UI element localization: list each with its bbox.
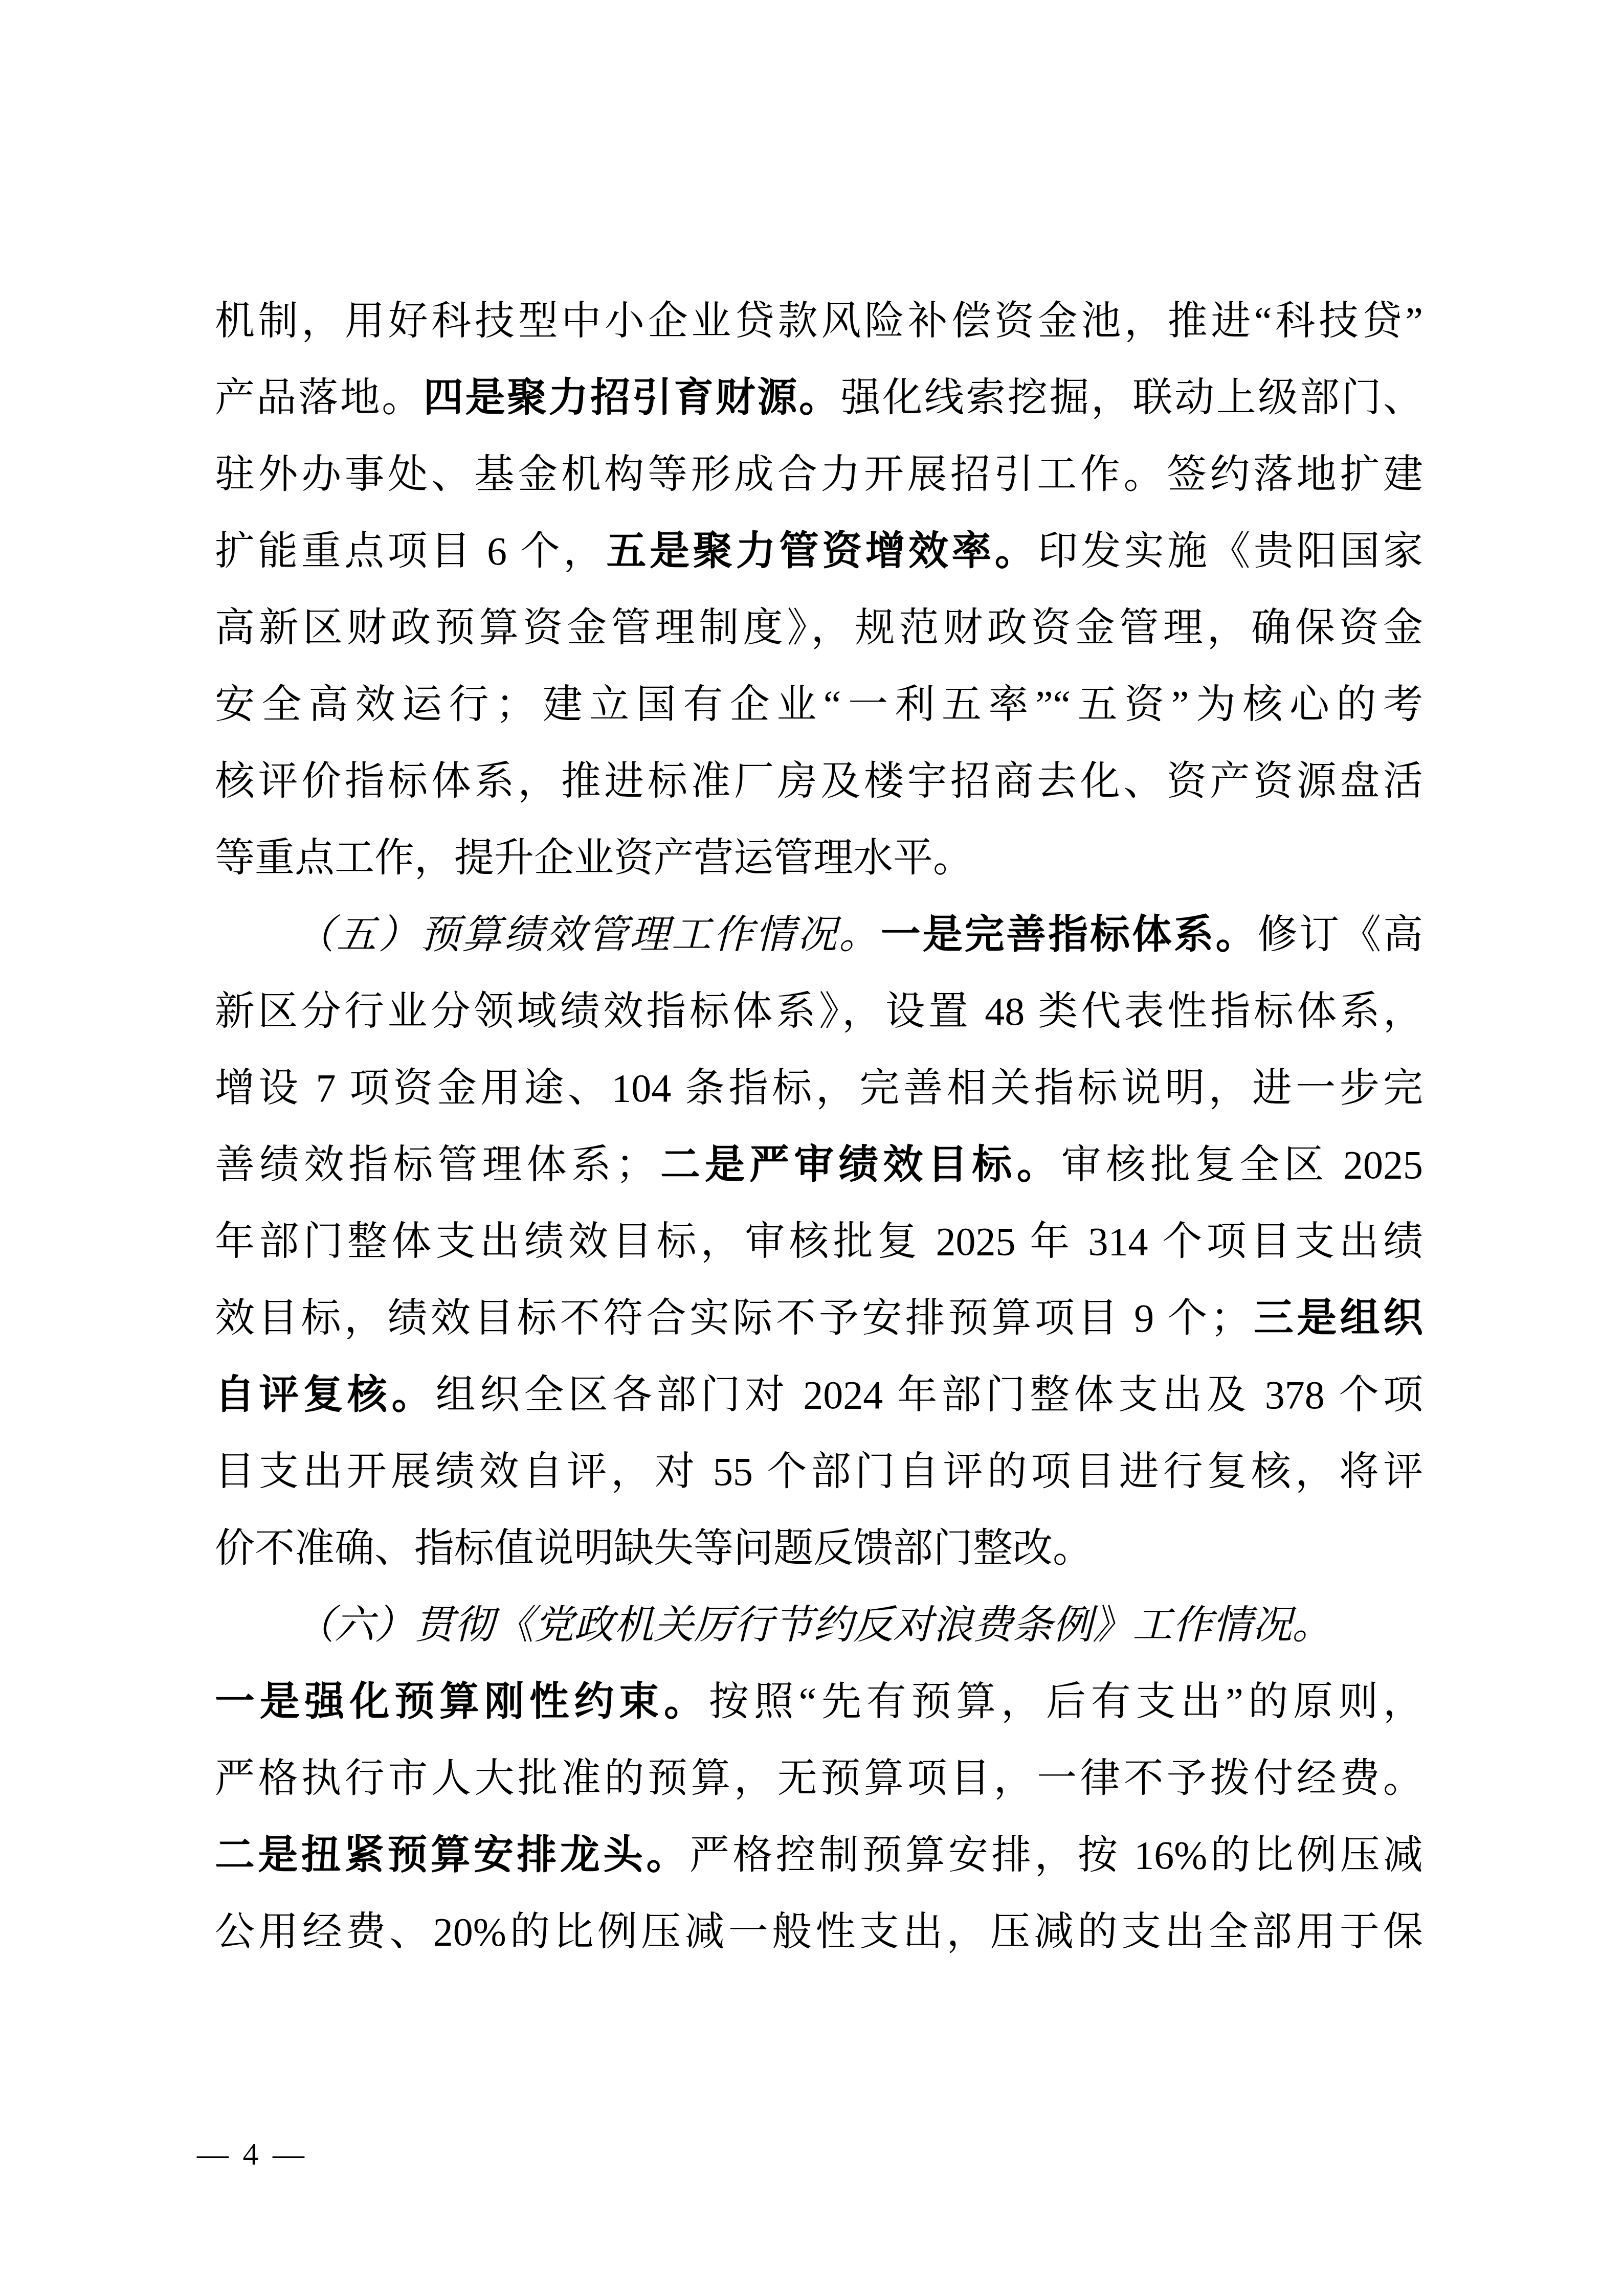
text-run-normal: 目支出开展绩效自评，对 55 个部门自评的项目进行复核，将评 [215,1449,1423,1494]
text-line: 公用经费、20%的比例压减一般性支出，压减的支出全部用于保 [215,1894,1423,1970]
text-run-kai: （五）预算绩效管理工作情况。 [295,912,881,957]
text-line: 一是强化预算刚性约束。按照“先有预算，后有支出”的原则， [215,1663,1423,1740]
text-run-bold: 五是聚力管资增效率。 [607,529,1038,573]
text-line: 高新区财政预算资金管理制度》，规范财政资金管理，确保资金 [215,590,1423,666]
text-line: 新区分行业分领域绩效指标体系》，设置 48 类代表性指标体系， [215,973,1423,1050]
text-line: 等重点工作，提升企业资产营运管理水平。 [215,820,1423,896]
text-run-normal: 驻外办事处、基金机构等形成合力开展招引工作。签约落地扩建 [215,452,1423,497]
text-run-bold: 一是完善指标体系。 [881,912,1258,957]
text-line: 增设 7 项资金用途、104 条指标，完善相关指标说明，进一步完 [215,1050,1423,1127]
text-run-bold: 二是严审绩效目标。 [656,1142,1061,1187]
text-run-normal: 产品落地。 [215,375,424,420]
text-run-normal: 严格执行市人大批准的预算，无预算项目，一律不予拨付经费。 [215,1756,1423,1800]
text-run-normal: 新区分行业分领域绩效指标体系》，设置 48 类代表性指标体系， [215,989,1423,1033]
text-line: 二是扭紧预算安排龙头。严格控制预算安排，按 16%的比例压减 [215,1817,1423,1894]
text-line: 目支出开展绩效自评，对 55 个部门自评的项目进行复核，将评 [215,1433,1423,1510]
text-run-normal: 核评价指标体系，推进标准厂房及楼宇招商去化、资产资源盘活 [215,759,1423,803]
text-run-normal: 机制，用好科技型中小企业贷款风险补偿资金池，推进“科技贷” [215,299,1423,343]
text-line: 核评价指标体系，推进标准厂房及楼宇招商去化、资产资源盘活 [215,743,1423,820]
text-run-bold: 二是扭紧预算安排龙头。 [215,1833,689,1877]
text-run-bold: 三是组织 [1251,1296,1423,1340]
text-line: （五）预算绩效管理工作情况。一是完善指标体系。修订《高 [215,896,1423,973]
text-line: 扩能重点项目 6 个，五是聚力管资增效率。印发实施《贵阳国家 [215,513,1423,590]
text-line: 驻外办事处、基金机构等形成合力开展招引工作。签约落地扩建 [215,436,1423,513]
text-line: 价不准确、指标值说明缺失等问题反馈部门整改。 [215,1510,1423,1587]
text-line: 自评复核。组织全区各部门对 2024 年部门整体支出及 378 个项 [215,1357,1423,1433]
text-run-normal: 善绩效指标管理体系； [215,1142,656,1187]
text-run-normal: 效目标，绩效目标不符合实际不予安排预算项目 9 个； [215,1296,1251,1340]
text-run-normal: 增设 7 项资金用途、104 条指标，完善相关指标说明，进一步完 [215,1066,1423,1110]
text-run-normal: 扩能重点项目 6 个， [215,529,607,573]
text-line: 机制，用好科技型中小企业贷款风险补偿资金池，推进“科技贷” [215,283,1423,359]
text-run-normal: 价不准确、指标值说明缺失等问题反馈部门整改。 [215,1526,1093,1570]
text-line: 产品落地。四是聚力招引育财源。强化线索挖掘，联动上级部门、 [215,359,1423,436]
body-text: 机制，用好科技型中小企业贷款风险补偿资金池，推进“科技贷”产品落地。四是聚力招引… [215,283,1423,1970]
text-line: 善绩效指标管理体系；二是严审绩效目标。审核批复全区 2025 [215,1127,1423,1203]
text-run-normal: 组织全区各部门对 2024 年部门整体支出及 378 个项 [436,1372,1423,1417]
text-run-normal: 审核批复全区 2025 [1061,1142,1423,1187]
text-line: 效目标，绩效目标不符合实际不予安排预算项目 9 个；三是组织 [215,1280,1423,1357]
text-run-kai: （六）贯彻《党政机关厉行节约反对浪费条例》工作情况。 [295,1603,1332,1647]
page-number: — 4 — [197,2131,307,2177]
text-run-normal: 公用经费、20%的比例压减一般性支出，压减的支出全部用于保 [215,1909,1423,1954]
text-run-normal: 按照“先有预算，后有支出”的原则， [709,1679,1423,1724]
text-line: 安全高效运行；建立国有企业“一利五率”“五资”为核心的考 [215,666,1423,743]
text-run-normal: 安全高效运行；建立国有企业“一利五率”“五资”为核心的考 [215,682,1423,727]
text-run-normal: 强化线索挖掘，联动上级部门、 [841,375,1423,420]
text-run-normal: 印发实施《贵阳国家 [1038,529,1423,573]
text-run-bold: 一是强化预算刚性约束。 [215,1679,709,1724]
text-line: 年部门整体支出绩效目标，审核批复 2025 年 314 个项目支出绩 [215,1203,1423,1280]
text-line: 严格执行市人大批准的预算，无预算项目，一律不予拨付经费。 [215,1740,1423,1817]
text-run-normal: 等重点工作，提升企业资产营运管理水平。 [215,836,973,880]
text-line: （六）贯彻《党政机关厉行节约反对浪费条例》工作情况。 [215,1587,1423,1663]
text-run-normal: 修订《高 [1257,912,1423,957]
document-page: 机制，用好科技型中小企业贷款风险补偿资金池，推进“科技贷”产品落地。四是聚力招引… [0,0,1624,2296]
text-run-bold: 自评复核。 [215,1372,436,1417]
text-run-normal: 严格控制预算安排，按 16%的比例压减 [689,1833,1423,1877]
text-run-normal: 高新区财政预算资金管理制度》，规范财政资金管理，确保资金 [215,605,1423,650]
text-run-bold: 四是聚力招引育财源。 [424,375,841,420]
text-run-normal: 年部门整体支出绩效目标，审核批复 2025 年 314 个项目支出绩 [215,1219,1423,1264]
